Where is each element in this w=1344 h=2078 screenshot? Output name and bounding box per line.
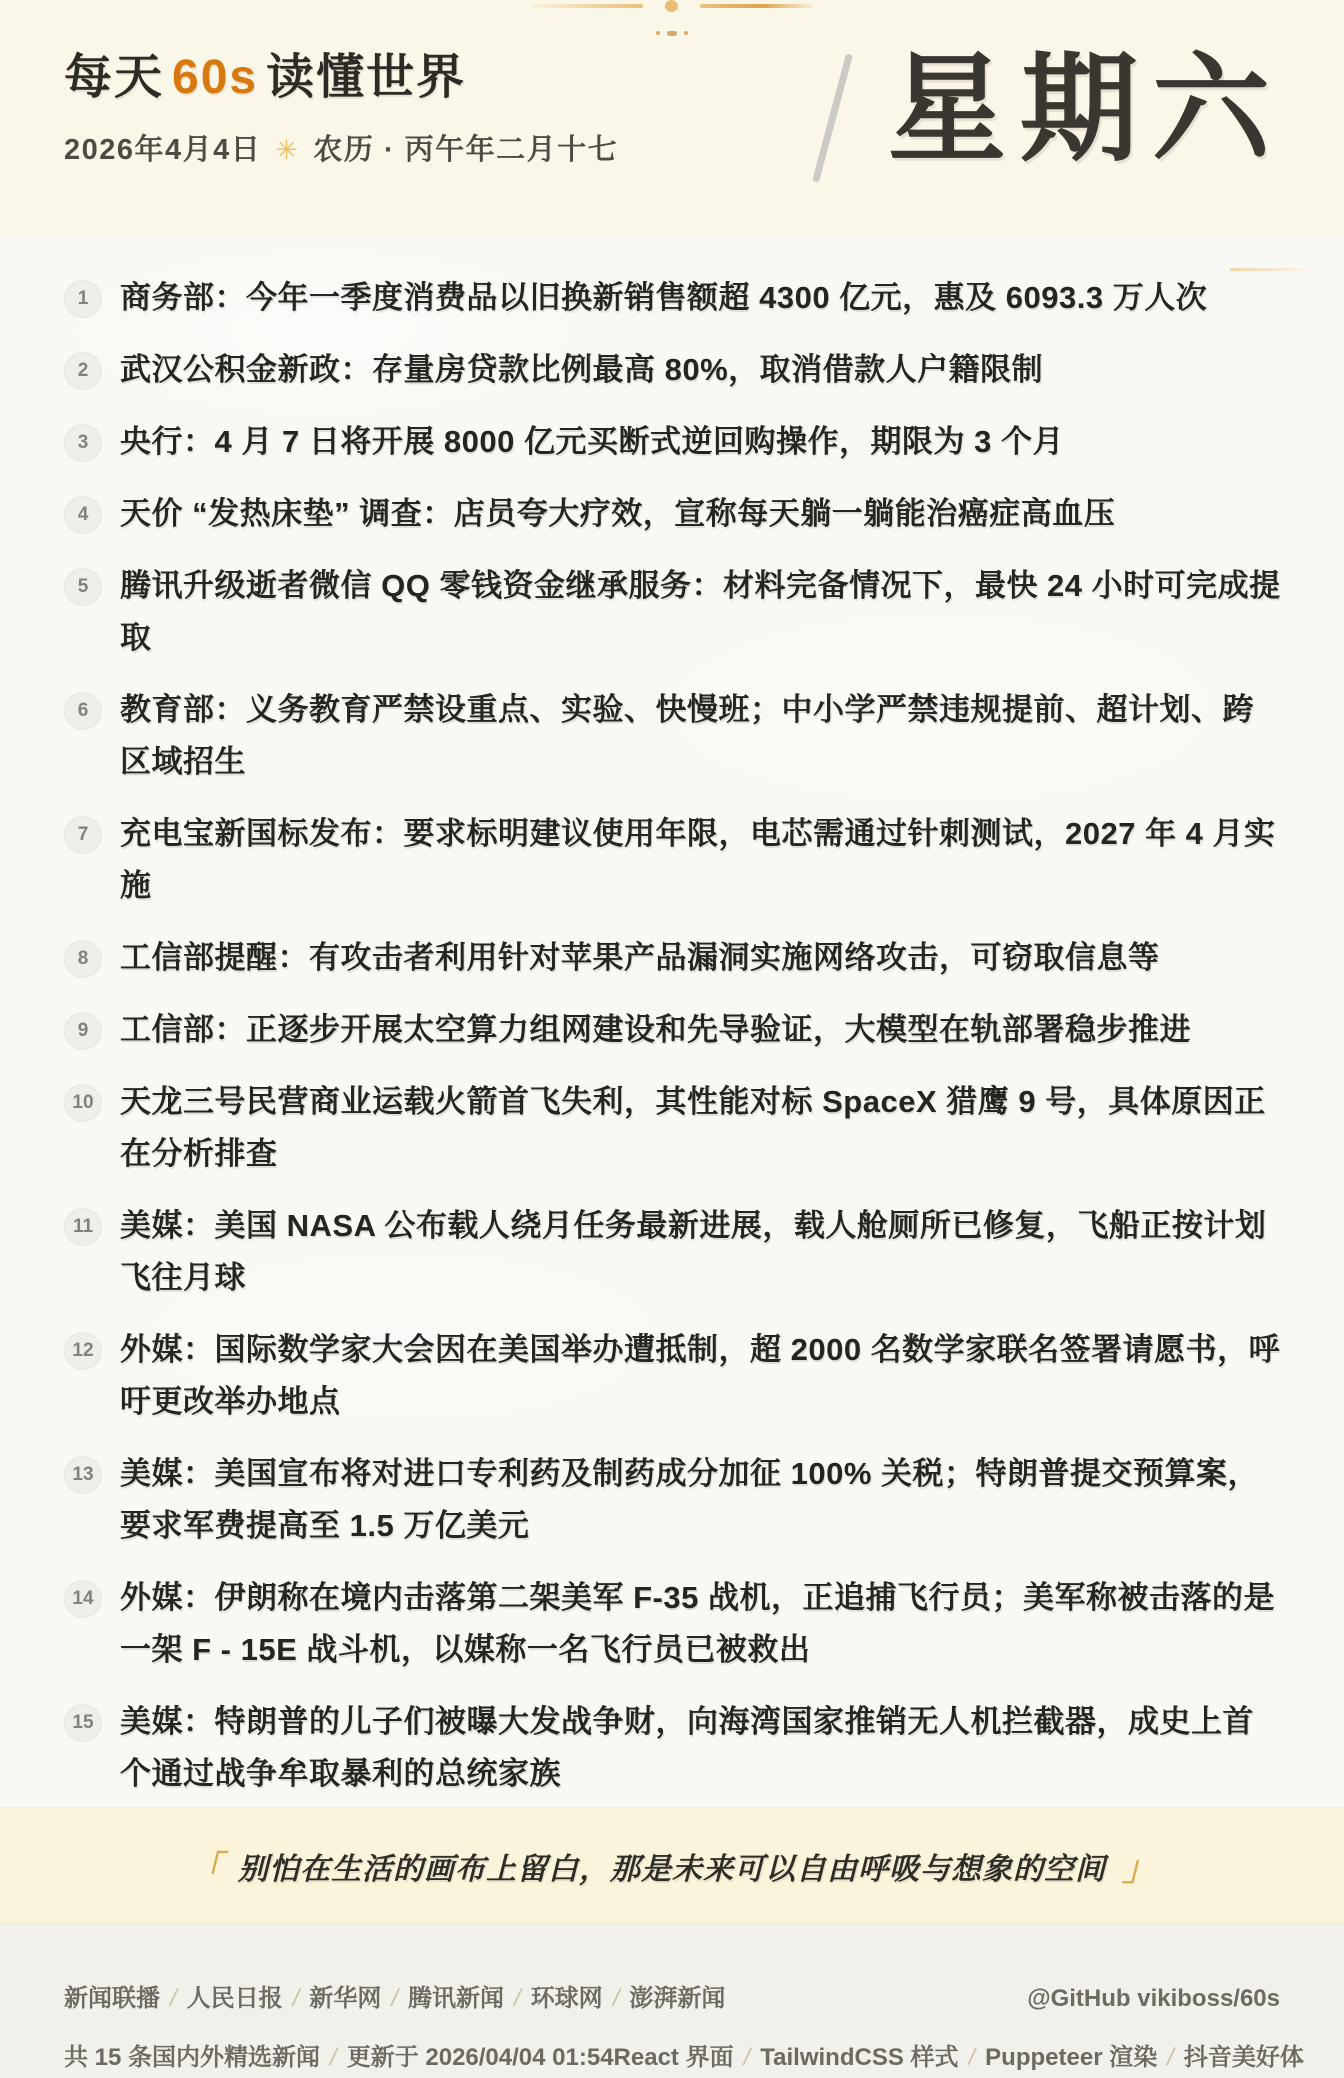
footer-item: 腾讯新闻 xyxy=(408,1985,504,2012)
quote-open-bracket: 「 xyxy=(188,1841,222,1890)
news-digest-card: 每天60s读懂世界 2026年4月4日✳农历 · 丙午年二月十七 星期六 1商务… xyxy=(0,0,1344,2078)
news-list: 1商务部：今年一季度消费品以旧换新销售额超 4300 亿元，惠及 6093.3 … xyxy=(64,272,1284,1800)
date-line: 2026年4月4日✳农历 · 丙午年二月十七 xyxy=(64,127,618,168)
page-title: 每天60s读懂世界 xyxy=(64,50,618,105)
news-item: 11美媒：美国 NASA 公布载人绕月任务最新进展，载人舱厕所已修复，飞船正按计… xyxy=(64,1200,1284,1304)
lunar-date: 农历 · 丙午年二月十七 xyxy=(313,134,618,166)
news-item: 10天龙三号民营商业运载火箭首飞失利，其性能对标 SpaceX 猎鹰 9 号，具… xyxy=(64,1076,1284,1180)
footer: 新闻联播/人民日报/新华网/腾讯新闻/环球网/澎湃新闻 @GitHub viki… xyxy=(0,1923,1344,2078)
news-number-badge: 12 xyxy=(64,1332,102,1370)
news-number-badge: 2 xyxy=(64,352,102,390)
flower-asterisk-icon: ✳ xyxy=(275,135,299,165)
weekday-label: 星期六 xyxy=(888,44,1284,176)
news-number-badge: 10 xyxy=(64,1084,102,1122)
news-number-badge: 5 xyxy=(64,568,102,606)
news-number-badge: 8 xyxy=(64,940,102,978)
footer-item: TailwindCSS 样式 xyxy=(760,2044,958,2071)
news-number-badge: 13 xyxy=(64,1456,102,1494)
news-text: 教育部：义务教育严禁设重点、实验、快慢班；中小学严禁违规提前、超计划、跨区域招生 xyxy=(120,684,1284,788)
news-text: 美媒：美国 NASA 公布载人绕月任务最新进展，载人舱厕所已修复，飞船正按计划飞… xyxy=(120,1200,1284,1304)
news-text: 外媒：伊朗称在境内击落第二架美军 F-35 战机，正追捕飞行员；美军称被击落的是… xyxy=(120,1572,1284,1676)
news-section: 1商务部：今年一季度消费品以旧换新销售额超 4300 亿元，惠及 6093.3 … xyxy=(0,238,1344,1807)
news-item: 6教育部：义务教育严禁设重点、实验、快慢班；中小学严禁违规提前、超计划、跨区域招… xyxy=(64,684,1284,788)
footer-row-1: 新闻联播/人民日报/新华网/腾讯新闻/环球网/澎湃新闻 @GitHub viki… xyxy=(64,1978,1280,2013)
slash-separator: / xyxy=(330,2044,337,2071)
title-prefix: 每天 xyxy=(64,51,164,104)
news-item: 15美媒：特朗普的儿子们被曝大发战争财，向海湾国家推销无人机拦截器，成史上首个通… xyxy=(64,1696,1284,1800)
header-right: 星期六 xyxy=(829,44,1284,184)
news-text: 外媒：国际数学家大会因在美国举办遭抵制，超 2000 名数学家联名签署请愿书，呼… xyxy=(120,1324,1284,1428)
footer-item: 人民日报 xyxy=(187,1985,283,2012)
news-number-badge: 3 xyxy=(64,424,102,462)
news-summary: 共 15 条国内外精选新闻/更新于 2026/04/04 01:54 xyxy=(64,2037,614,2072)
news-item: 3央行：4 月 7 日将开展 8000 亿元买断式逆回购操作，期限为 3 个月 xyxy=(64,416,1284,468)
news-item: 2武汉公积金新政：存量房贷款比例最高 80%，取消借款人户籍限制 xyxy=(64,344,1284,396)
news-number-badge: 4 xyxy=(64,496,102,534)
title-highlight: 60s xyxy=(172,51,258,104)
news-text: 天龙三号民营商业运载火箭首飞失利，其性能对标 SpaceX 猎鹰 9 号，具体原… xyxy=(120,1076,1284,1180)
header-left: 每天60s读懂世界 2026年4月4日✳农历 · 丙午年二月十七 xyxy=(64,50,618,168)
slash-separator: / xyxy=(744,2044,751,2071)
diagonal-divider xyxy=(812,53,853,182)
news-text: 工信部提醒：有攻击者利用针对苹果产品漏洞实施网络攻击，可窃取信息等 xyxy=(120,932,1160,984)
quote-text: 别怕在生活的画布上留白，那是未来可以自由呼吸与想象的空间 xyxy=(238,1844,1106,1888)
slash-separator: / xyxy=(613,1985,620,2012)
quote-section: 「 别怕在生活的画布上留白，那是未来可以自由呼吸与想象的空间 」 xyxy=(0,1807,1344,1923)
footer-item: 澎湃新闻 xyxy=(629,1985,725,2012)
footer-item: 新华网 xyxy=(309,1985,381,2012)
news-text: 充电宝新国标发布：要求标明建议使用年限，电芯需通过针刺测试，2027 年 4 月… xyxy=(120,808,1284,912)
news-item: 12外媒：国际数学家大会因在美国举办遭抵制，超 2000 名数学家联名签署请愿书… xyxy=(64,1324,1284,1428)
slash-separator: / xyxy=(170,1985,177,2012)
footer-item: React 界面 xyxy=(614,2044,734,2071)
news-number-badge: 9 xyxy=(64,1012,102,1050)
news-text: 天价 “发热床垫” 调查：店员夸大疗效，宣称每天躺一躺能治癌症高血压 xyxy=(120,488,1115,540)
news-number-badge: 7 xyxy=(64,816,102,854)
slash-separator: / xyxy=(391,1985,398,2012)
slash-separator: / xyxy=(969,2044,976,2071)
news-number-badge: 6 xyxy=(64,692,102,730)
footer-item: 共 15 条国内外精选新闻 xyxy=(64,2044,320,2071)
news-item: 14外媒：伊朗称在境内击落第二架美军 F-35 战机，正追捕飞行员；美军称被击落… xyxy=(64,1572,1284,1676)
news-number-badge: 1 xyxy=(64,280,102,318)
header: 每天60s读懂世界 2026年4月4日✳农历 · 丙午年二月十七 星期六 xyxy=(0,0,1344,238)
slash-separator: / xyxy=(1167,2044,1174,2071)
quote-close-bracket: 」 xyxy=(1122,1841,1156,1890)
decorative-strip xyxy=(1230,268,1316,271)
news-text: 工信部：正逐步开展太空算力组网建设和先导验证，大模型在轨部署稳步推进 xyxy=(120,1004,1191,1056)
footer-item: 新闻联播 xyxy=(64,1985,160,2012)
footer-item: Puppeteer 渲染 xyxy=(985,2044,1157,2071)
news-item: 4天价 “发热床垫” 调查：店员夸大疗效，宣称每天躺一躺能治癌症高血压 xyxy=(64,488,1284,540)
news-text: 腾讯升级逝者微信 QQ 零钱资金继承服务：材料完备情况下，最快 24 小时可完成… xyxy=(120,560,1284,664)
news-text: 商务部：今年一季度消费品以旧换新销售额超 4300 亿元，惠及 6093.3 万… xyxy=(120,272,1207,324)
news-sources: 新闻联播/人民日报/新华网/腾讯新闻/环球网/澎湃新闻 xyxy=(64,1978,725,2013)
news-item: 7充电宝新国标发布：要求标明建议使用年限，电芯需通过针刺测试，2027 年 4 … xyxy=(64,808,1284,912)
news-item: 5腾讯升级逝者微信 QQ 零钱资金继承服务：材料完备情况下，最快 24 小时可完… xyxy=(64,560,1284,664)
title-suffix: 读懂世界 xyxy=(266,51,466,104)
news-text: 武汉公积金新政：存量房贷款比例最高 80%，取消借款人户籍限制 xyxy=(120,344,1043,396)
footer-item: 更新于 2026/04/04 01:54 xyxy=(347,2044,614,2071)
slash-separator: / xyxy=(293,1985,300,2012)
news-item: 9工信部：正逐步开展太空算力组网建设和先导验证，大模型在轨部署稳步推进 xyxy=(64,1004,1284,1056)
news-item: 13美媒：美国宣布将对进口专利药及制药成分加征 100% 关税；特朗普提交预算案… xyxy=(64,1448,1284,1552)
news-number-badge: 11 xyxy=(64,1208,102,1246)
news-number-badge: 15 xyxy=(64,1704,102,1742)
news-text: 美媒：美国宣布将对进口专利药及制药成分加征 100% 关税；特朗普提交预算案，要… xyxy=(120,1448,1284,1552)
news-number-badge: 14 xyxy=(64,1580,102,1618)
news-text: 美媒：特朗普的儿子们被曝大发战争财，向海湾国家推销无人机拦截器，成史上首个通过战… xyxy=(120,1696,1284,1800)
footer-item: 抖音美好体 xyxy=(1184,2044,1304,2071)
footer-item: 环球网 xyxy=(531,1985,603,2012)
news-item: 8工信部提醒：有攻击者利用针对苹果产品漏洞实施网络攻击，可窃取信息等 xyxy=(64,932,1284,984)
news-item: 1商务部：今年一季度消费品以旧换新销售额超 4300 亿元，惠及 6093.3 … xyxy=(64,272,1284,324)
github-credit: @GitHub vikiboss/60s xyxy=(1027,1985,1280,2013)
news-text: 央行：4 月 7 日将开展 8000 亿元买断式逆回购操作，期限为 3 个月 xyxy=(120,416,1064,468)
tech-stack: React 界面/TailwindCSS 样式/Puppeteer 渲染/抖音美… xyxy=(614,2037,1304,2072)
slash-separator: / xyxy=(514,1985,521,2012)
gregorian-date: 2026年4月4日 xyxy=(64,134,261,166)
footer-row-2: 共 15 条国内外精选新闻/更新于 2026/04/04 01:54 React… xyxy=(64,2037,1280,2072)
